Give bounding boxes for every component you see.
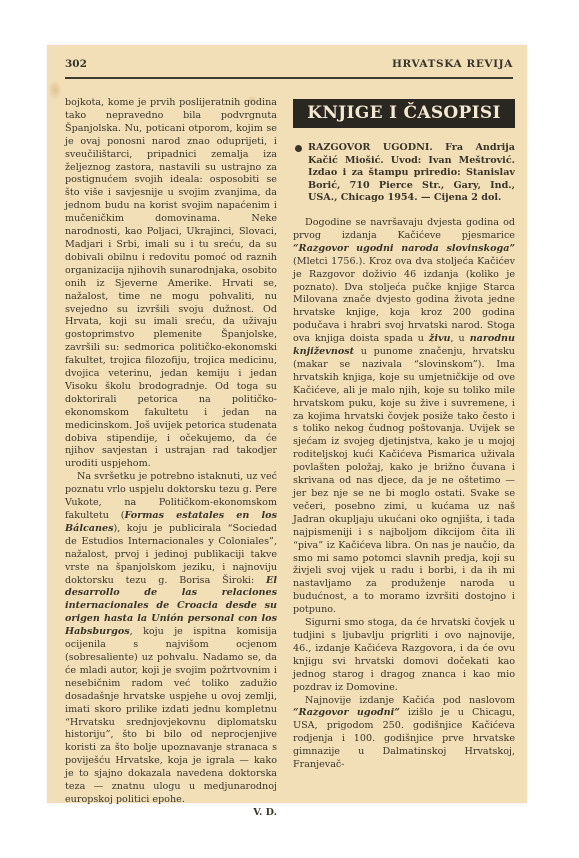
author-signature: V. D. <box>65 807 277 820</box>
section-header: KNJIGE I ČASOPISI <box>293 99 515 128</box>
running-head: 302 HRVATSKA REVIJA <box>65 58 513 74</box>
journal-title: HRVATSKA REVIJA <box>392 58 513 70</box>
header-rule <box>65 77 513 79</box>
bibliographic-entry: RAZGOVOR UGODNI. Fra Andrija Kačić Mioši… <box>293 142 515 205</box>
article-paragraph: bojkota, kome je prvih poslijeratnih god… <box>65 97 277 471</box>
review-paragraph: Sigurni smo stoga, da će hrvatski čovjek… <box>293 617 515 694</box>
book-title: “Razgovor ugodni naroda slovinskoga” <box>293 243 515 254</box>
review-paragraph: Najnovije izdanje Kačića pod naslovom “R… <box>293 695 515 772</box>
book-title: “Razgovor ugodni” <box>293 707 400 718</box>
article-paragraph: Na svršetku je potrebno istaknuti, uz ve… <box>65 471 277 807</box>
right-column: KNJIGE I ČASOPISI RAZGOVOR UGODNI. Fra A… <box>293 97 515 772</box>
bullet-icon <box>295 145 302 152</box>
page-number: 302 <box>65 58 87 70</box>
left-column: bojkota, kome je prvih poslijeratnih god… <box>65 97 277 820</box>
magazine-page: 302 HRVATSKA REVIJA bojkota, kome je prv… <box>47 45 527 803</box>
review-paragraph: Dogodine se navršavaju dvjesta godina od… <box>293 217 515 617</box>
